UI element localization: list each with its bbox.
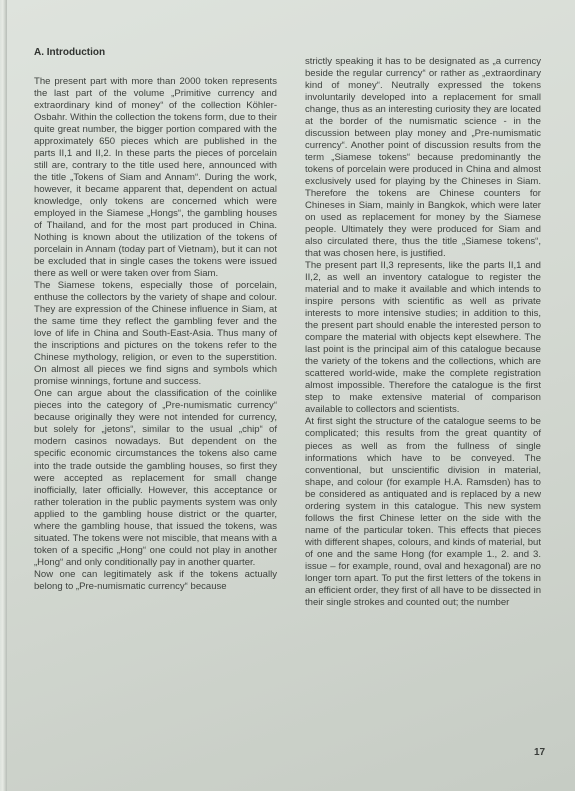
right-paragraph-3: At first sight the structure of the cata… <box>305 416 541 608</box>
book-page: A. Introduction The present part with mo… <box>7 0 575 791</box>
left-paragraph-4: Now one can legitimately ask if the toke… <box>34 569 277 593</box>
book-binding-shadow <box>0 0 7 791</box>
right-paragraph-1: strictly speaking it has to be designate… <box>305 56 541 260</box>
right-paragraph-2: The present part II,3 represents, like t… <box>305 260 541 416</box>
left-paragraph-3: One can argue about the classification o… <box>34 388 277 568</box>
left-paragraph-1: The present part with more than 2000 tok… <box>34 76 277 280</box>
left-column: A. Introduction The present part with mo… <box>34 47 277 593</box>
left-paragraph-2: The Siamese tokens, especially those of … <box>34 280 277 388</box>
right-column: strictly speaking it has to be designate… <box>305 56 541 609</box>
page-number: 17 <box>534 747 545 758</box>
section-heading: A. Introduction <box>34 47 277 59</box>
